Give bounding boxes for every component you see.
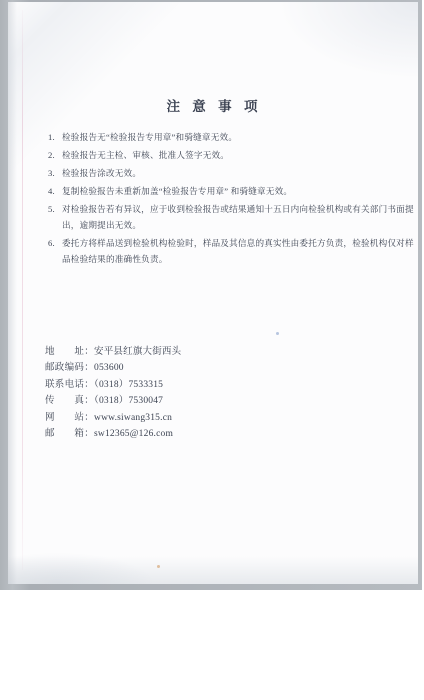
- contact-label: 联系电话：: [45, 380, 94, 390]
- note-text-line: 复制检验报告未重新加盖“检验报告专用章” 和骑缝章无效。: [62, 183, 406, 199]
- note-number: 1.: [48, 129, 62, 145]
- contact-label: 传 真：: [45, 396, 94, 406]
- note-text-line: 对检验报告若有异议，应于收到检验报告或结果通知十五日内向检验机构或有关部门书面提: [62, 201, 414, 217]
- contact-label: 网 站：: [45, 413, 94, 423]
- note-item: 1. 检验报告无“检验报告专用章”和骑缝章无效。: [48, 129, 406, 145]
- note-number: 6.: [48, 235, 62, 267]
- note-number: 2.: [48, 147, 62, 163]
- contact-value: （0318）7530047: [94, 396, 163, 406]
- page-title: 注 意 事 项: [8, 95, 418, 115]
- note-text: 复制检验报告未重新加盖“检验报告专用章” 和骑缝章无效。: [62, 183, 406, 199]
- paper-sheet: [8, 2, 418, 584]
- note-item: 5. 对检验报告若有异议，应于收到检验报告或结果通知十五日内向检验机构或有关部门…: [48, 201, 406, 233]
- contact-value: 053600: [94, 363, 124, 373]
- note-text: 检验报告无“检验报告专用章”和骑缝章无效。: [62, 129, 406, 145]
- contact-value: （0318）7533315: [94, 380, 163, 390]
- note-number: 4.: [48, 183, 62, 199]
- contact-line: 邮政编码：053600: [45, 360, 375, 376]
- contact-value: 安平县红旗大街西头: [94, 347, 181, 357]
- contact-line: 网 站：www.siwang315.cn: [45, 410, 375, 426]
- contact-line: 联系电话：（0318）7533315: [45, 377, 375, 393]
- scan-line-artifact: [22, 10, 23, 570]
- note-item: 3. 检验报告涂改无效。: [48, 165, 406, 181]
- contact-value: sw12365@126.com: [94, 429, 173, 439]
- contact-label: 地 址：: [45, 347, 94, 357]
- scan-speck-artifact: [157, 565, 160, 568]
- note-text-line: 检验报告无“检验报告专用章”和骑缝章无效。: [62, 129, 406, 145]
- scanned-page: 注 意 事 项 1. 检验报告无“检验报告专用章”和骑缝章无效。 2. 检验报告…: [0, 0, 422, 590]
- contact-value: www.siwang315.cn: [94, 413, 172, 423]
- note-text: 委托方将样品送到检验机构检验时，样品及其信息的真实性由委托方负责，检验机构仅对样…: [62, 235, 414, 267]
- note-text-line: 检验报告涂改无效。: [62, 165, 406, 181]
- note-number: 3.: [48, 165, 62, 181]
- note-number: 5.: [48, 201, 62, 233]
- note-item: 4. 复制检验报告未重新加盖“检验报告专用章” 和骑缝章无效。: [48, 183, 406, 199]
- contact-line: 传 真：（0318）7530047: [45, 393, 375, 409]
- note-text-line: 品检验结果的准确性负责。: [62, 251, 414, 267]
- contact-block: 地 址：安平县红旗大街西头 邮政编码：053600 联系电话：（0318）753…: [45, 344, 375, 442]
- contact-line: 地 址：安平县红旗大街西头: [45, 344, 375, 360]
- note-item: 6. 委托方将样品送到检验机构检验时，样品及其信息的真实性由委托方负责，检验机构…: [48, 235, 406, 267]
- notes-list: 1. 检验报告无“检验报告专用章”和骑缝章无效。 2. 检验报告无主检、审核、批…: [48, 129, 406, 269]
- note-text-line: 委托方将样品送到检验机构检验时，样品及其信息的真实性由委托方负责，检验机构仅对样: [62, 235, 414, 251]
- note-text-line: 检验报告无主检、审核、批准人签字无效。: [62, 147, 406, 163]
- note-text: 检验报告涂改无效。: [62, 165, 406, 181]
- scan-speck-artifact: [276, 332, 279, 335]
- note-text: 对检验报告若有异议，应于收到检验报告或结果通知十五日内向检验机构或有关部门书面提…: [62, 201, 414, 233]
- note-item: 2. 检验报告无主检、审核、批准人签字无效。: [48, 147, 406, 163]
- contact-label: 邮 箱：: [45, 429, 94, 439]
- contact-line: 邮 箱：sw12365@126.com: [45, 426, 375, 442]
- note-text-line: 出，逾期提出无效。: [62, 217, 414, 233]
- contact-label: 邮政编码：: [45, 363, 94, 373]
- note-text: 检验报告无主检、审核、批准人签字无效。: [62, 147, 406, 163]
